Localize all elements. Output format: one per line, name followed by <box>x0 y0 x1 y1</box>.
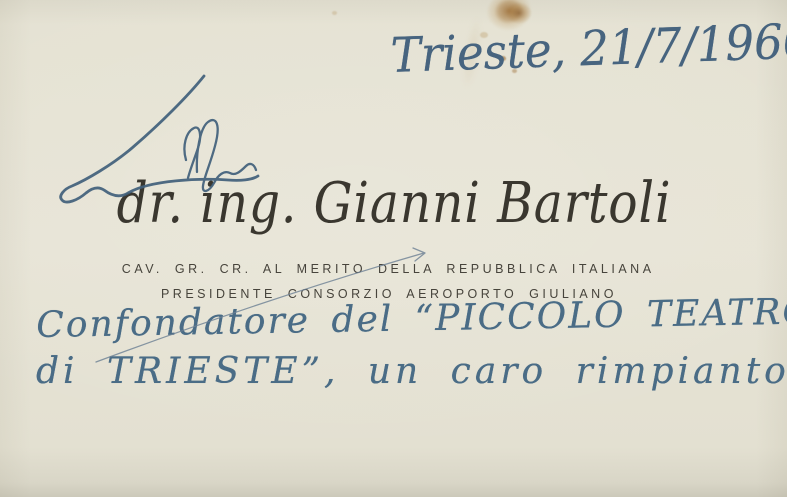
handwritten-date: Trieste, 21/7/1960 <box>390 17 787 80</box>
printed-name: dr. ing. Gianni Bartoli <box>116 176 671 232</box>
handwritten-note-line1: Confondatore del “PICCOLO TEATRO <box>36 294 787 344</box>
foxing-speck <box>332 11 337 15</box>
scanned-visiting-card: Trieste, 21/7/1960 dr. ing. Gianni Barto… <box>0 0 787 497</box>
rust-stain-lobe <box>506 2 532 24</box>
printed-honors-line: CAV. GR. CR. AL MERITO DELLA REPUBBLICA … <box>122 263 655 276</box>
handwritten-note-line2: di TRIESTE”, un caro rimpianto <box>36 354 787 390</box>
